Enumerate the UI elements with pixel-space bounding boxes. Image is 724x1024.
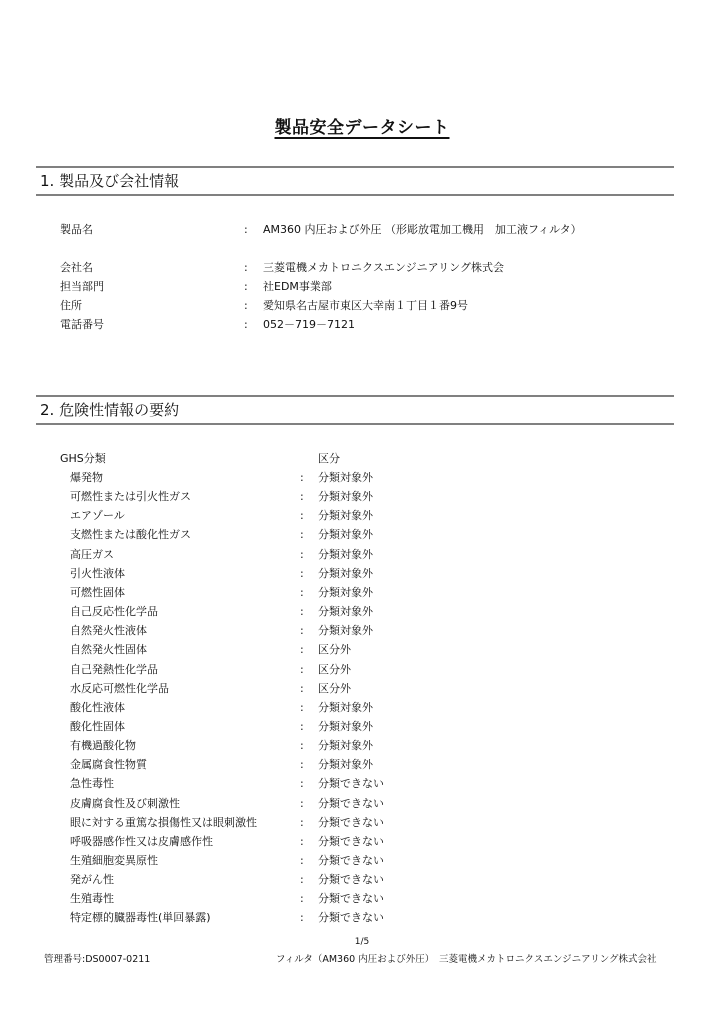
row-colon: : xyxy=(300,660,304,679)
hazard-category: 分類対象外 xyxy=(318,506,373,525)
row-colon: : xyxy=(300,698,304,717)
ghs-classification-label: GHS分類 xyxy=(60,452,106,465)
row-colon: : xyxy=(300,602,304,621)
row-colon: : xyxy=(300,468,304,487)
hazard-name: 金属腐食性物質 xyxy=(70,755,147,774)
hazard-name: 呼吸器感作性又は皮膚感作性 xyxy=(70,832,213,851)
hazard-category: 区分外 xyxy=(318,679,351,698)
hazard-category: 分類対象外 xyxy=(318,468,373,487)
row-colon: : xyxy=(300,640,304,659)
hazard-name: 支燃性または酸化性ガス xyxy=(70,525,191,544)
hazard-name: エアゾール xyxy=(70,506,125,525)
row-colon: : xyxy=(300,679,304,698)
category-column-label: 区分 xyxy=(318,450,340,466)
hazard-category: 分類できない xyxy=(318,870,384,889)
hazard-name: 自然発火性固体 xyxy=(70,640,147,659)
hazard-category: 分類対象外 xyxy=(318,755,373,774)
hazard-category: 分類対象外 xyxy=(318,487,373,506)
row-colon: : xyxy=(300,813,304,832)
hazard-category: 分類対象外 xyxy=(318,525,373,544)
row-colon: : xyxy=(300,832,304,851)
row-colon: : xyxy=(300,794,304,813)
field-colon: : xyxy=(244,278,248,296)
row-colon: : xyxy=(300,870,304,889)
hazard-name: 生殖細胞変異原性 xyxy=(70,851,158,870)
row-colon: : xyxy=(300,506,304,525)
control-number: 管理番号:DS0007-0211 xyxy=(44,951,150,965)
hazard-name: 自己反応性化学品 xyxy=(70,602,158,621)
row-colon: : xyxy=(300,717,304,736)
row-colon: : xyxy=(300,908,304,927)
hazard-category: 分類できない xyxy=(318,908,384,927)
hazard-category: 分類できない xyxy=(318,774,384,793)
field-label: 住所 xyxy=(60,297,82,315)
row-colon: : xyxy=(300,525,304,544)
hazard-category: 分類対象外 xyxy=(318,717,373,736)
hazard-category: 区分外 xyxy=(318,660,351,679)
hazard-category: 分類対象外 xyxy=(318,583,373,602)
field-label: 電話番号 xyxy=(60,316,104,334)
hazard-name: 爆発物 xyxy=(70,468,103,487)
row-colon: : xyxy=(300,487,304,506)
field-value: 三菱電機メカトロニクスエンジニアリング株式会 xyxy=(263,259,504,277)
row-colon: : xyxy=(300,736,304,755)
hazard-name: 自然発火性液体 xyxy=(70,621,147,640)
hazard-name: 有機過酸化物 xyxy=(70,736,136,755)
hazard-category: 分類対象外 xyxy=(318,698,373,717)
hazard-name: 可燃性または引火性ガス xyxy=(70,487,191,506)
field-label: 担当部門 xyxy=(60,278,104,296)
footer-product-company: フィルタ（AM360 内圧および外圧） 三菱電機メカトロニクスエンジニアリング株… xyxy=(276,951,657,965)
page-number: 1/5 xyxy=(0,937,724,947)
row-colon: : xyxy=(300,755,304,774)
hazard-name: 可燃性固体 xyxy=(70,583,125,602)
hazard-category: 分類できない xyxy=(318,794,384,813)
row-colon: : xyxy=(300,545,304,564)
document-title-text: 製品安全データシート xyxy=(275,118,450,138)
row-colon: : xyxy=(300,583,304,602)
field-value: 社EDM事業部 xyxy=(263,278,332,296)
field-colon: : xyxy=(244,297,248,315)
hazard-category: 分類対象外 xyxy=(318,545,373,564)
hazard-category: 区分外 xyxy=(318,640,351,659)
field-label: 製品名 xyxy=(60,221,93,239)
field-value: AM360 内圧および外圧 （形彫放電加工機用 加工液フィルタ） xyxy=(263,221,582,239)
hazard-name: 酸化性固体 xyxy=(70,717,125,736)
hazard-category: 分類対象外 xyxy=(318,736,373,755)
row-colon: : xyxy=(300,851,304,870)
hazard-category: 分類できない xyxy=(318,832,384,851)
hazard-name: 水反応可燃性化学品 xyxy=(70,679,169,698)
hazard-name: 眼に対する重篤な損傷性又は眼刺激性 xyxy=(70,813,257,832)
hazard-category: 分類できない xyxy=(318,851,384,870)
field-label: 会社名 xyxy=(60,259,93,277)
hazard-name: 急性毒性 xyxy=(70,774,114,793)
hazard-category: 分類できない xyxy=(318,889,384,908)
hazard-name: 特定標的臓器毒性(単回暴露) xyxy=(70,908,211,927)
field-colon: : xyxy=(244,221,248,239)
hazard-category: 分類対象外 xyxy=(318,564,373,583)
hazard-name: 自己発熱性化学品 xyxy=(70,660,158,679)
hazard-name: 生殖毒性 xyxy=(70,889,114,908)
section-1-heading: 1. 製品及び会社情報 xyxy=(36,166,674,196)
hazard-category: 分類対象外 xyxy=(318,602,373,621)
hazard-name: 酸化性液体 xyxy=(70,698,125,717)
row-colon: : xyxy=(300,774,304,793)
row-colon: : xyxy=(300,564,304,583)
hazard-name: 引火性液体 xyxy=(70,564,125,583)
field-colon: : xyxy=(244,259,248,277)
row-colon: : xyxy=(300,621,304,640)
hazard-name: 高圧ガス xyxy=(70,545,114,564)
field-colon: : xyxy=(244,316,248,334)
field-value: 052－719－7121 xyxy=(263,316,355,334)
hazard-name: 皮膚腐食性及び刺激性 xyxy=(70,794,180,813)
row-colon: : xyxy=(300,889,304,908)
hazard-category: 分類対象外 xyxy=(318,621,373,640)
field-value: 愛知県名古屋市東区大幸南１丁目１番9号 xyxy=(263,297,468,315)
hazard-category: 分類できない xyxy=(318,813,384,832)
hazard-name: 発がん性 xyxy=(70,870,114,889)
document-title: 製品安全データシート xyxy=(0,113,724,138)
section-2-heading: 2. 危険性情報の要約 xyxy=(36,395,674,425)
ghs-header: GHS分類 区分 xyxy=(60,450,106,466)
